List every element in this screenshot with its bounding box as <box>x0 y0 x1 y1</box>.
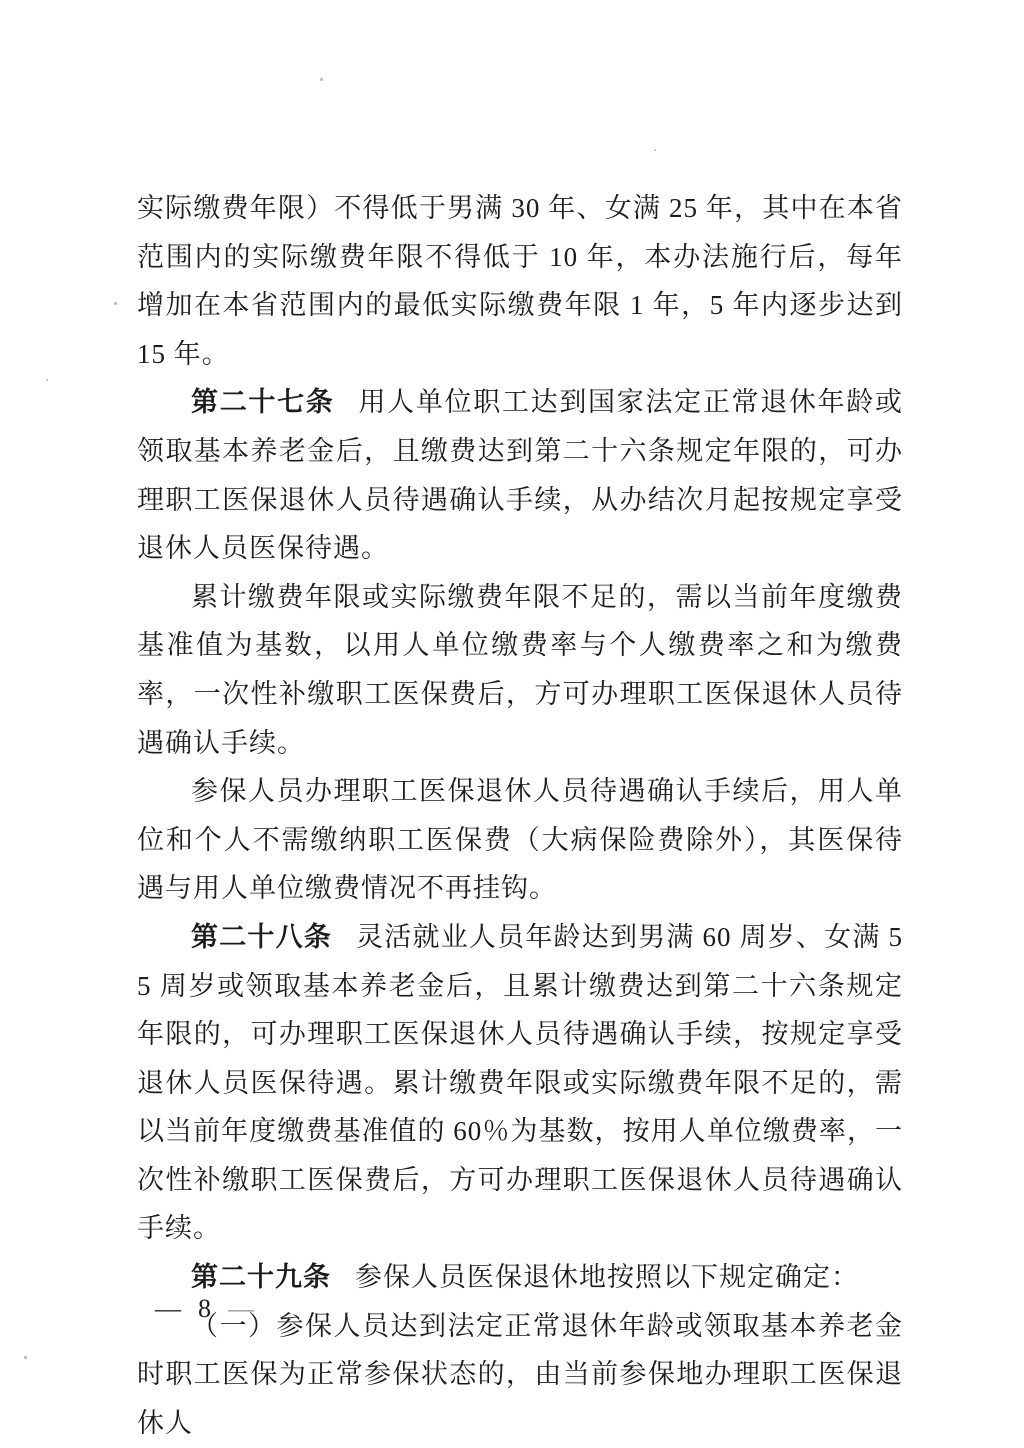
paragraph-text: 参保人员医保退休地按照以下规定确定： <box>355 1262 859 1292</box>
paragraph-article-27: 第二十七条用人单位职工达到国家法定正常退休年龄或领取基本养老金后，且缴费达到第二… <box>137 378 903 572</box>
scan-speck <box>24 1356 27 1359</box>
paragraph-text: 灵活就业人员年龄达到男满 60 周岁、女满 55 周岁或领取基本养老金后，且累计… <box>137 922 903 1244</box>
paragraph-continuation: 实际缴费年限）不得低于男满 30 年、女满 25 年，其中在本省范围内的实际缴费… <box>137 184 903 378</box>
footer-dash-right: — <box>228 1294 254 1324</box>
scan-speck <box>46 379 48 381</box>
paragraph-after-confirmation: 参保人员办理职工医保退休人员待遇确认手续后，用人单位和个人不需缴纳职工医保费（大… <box>137 767 903 913</box>
page-footer: — 8 — <box>155 1294 254 1324</box>
article-28-heading: 第二十八条 <box>191 922 332 952</box>
scan-speck <box>654 149 656 151</box>
page-number: 8 <box>198 1294 211 1324</box>
paragraph-text: 参保人员办理职工医保退休人员待遇确认手续后，用人单位和个人不需缴纳职工医保费（大… <box>137 776 903 903</box>
document-body: 实际缴费年限）不得低于男满 30 年、女满 25 年，其中在本省范围内的实际缴费… <box>137 184 903 1447</box>
scan-speck <box>114 302 117 305</box>
paragraph-text: 实际缴费年限）不得低于男满 30 年、女满 25 年，其中在本省范围内的实际缴费… <box>137 193 903 369</box>
article-27-heading: 第二十七条 <box>191 387 334 417</box>
footer-dash-left: — <box>155 1294 181 1324</box>
article-29-heading: 第二十九条 <box>191 1262 331 1292</box>
paragraph-article-28: 第二十八条灵活就业人员年龄达到男满 60 周岁、女满 55 周岁或领取基本养老金… <box>137 913 903 1253</box>
paragraph-text: 累计缴费年限或实际缴费年限不足的，需以当前年度缴费基准值为基数，以用人单位缴费率… <box>137 582 903 758</box>
paragraph-text: （一）参保人员达到法定正常退休年龄或领取基本养老金时职工医保为正常参保状态的，由… <box>137 1311 903 1438</box>
document-page: 实际缴费年限）不得低于男满 30 年、女满 25 年，其中在本省范围内的实际缴费… <box>0 0 1024 1448</box>
scan-speck <box>320 78 323 81</box>
paragraph-supplementary-payment: 累计缴费年限或实际缴费年限不足的，需以当前年度缴费基准值为基数，以用人单位缴费率… <box>137 573 903 767</box>
